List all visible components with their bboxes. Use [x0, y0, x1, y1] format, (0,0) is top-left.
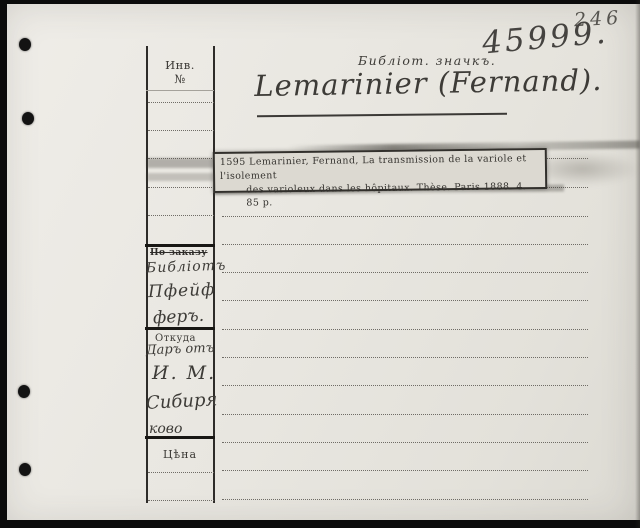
punch-hole: [18, 385, 30, 398]
inventory-number: 45999.: [481, 15, 610, 62]
handwritten-source-line: Библіотъ: [146, 258, 227, 277]
ruled-line: [222, 414, 588, 415]
handwritten-origin-line: И. М.: [152, 362, 216, 384]
ruled-line: [222, 385, 588, 386]
ruled-line: [222, 442, 588, 443]
handwritten-source-line: Пфейф: [148, 280, 216, 302]
author-underline: [257, 113, 507, 117]
inventory-label-line1: Инв.: [146, 58, 214, 72]
author-heading: Lemarinier (Fernand).: [254, 63, 603, 103]
column-header-rule: [146, 90, 214, 91]
ruled-line: [148, 472, 214, 473]
ruled-line: [148, 130, 214, 131]
pasted-catalog-slip: 1595 Lemarinier, Fernand, La transmissio…: [213, 148, 547, 193]
ruled-line: [148, 215, 214, 216]
photo-border-bottom: [0, 520, 640, 528]
ruled-line: [148, 158, 214, 159]
ruled-line: [222, 272, 588, 273]
po-zakazu-label: По заказу: [150, 248, 208, 258]
ruled-line: [148, 187, 214, 188]
ruled-line: [222, 329, 588, 330]
ruled-line: [222, 244, 588, 245]
ruled-line: [222, 499, 588, 500]
ruled-line: [222, 300, 588, 301]
ruled-line: [222, 470, 588, 471]
ruled-line: [222, 357, 588, 358]
catalog-card-scan: 246 Инв. № По заказу Откуда Цѣна Библіот…: [0, 0, 640, 528]
section-rule-1: [145, 244, 215, 247]
punch-hole: [19, 38, 31, 51]
column-right-rule: [213, 46, 215, 503]
photo-border-left: [0, 0, 7, 528]
ruled-line: [148, 102, 214, 103]
slip-line1: 1595 Lemarinier, Fernand, La transmissio…: [220, 152, 541, 183]
slip-line2: des varioleux dans les hôpitaux. Thèse. …: [220, 180, 541, 211]
handwritten-origin-line: Даръ отъ: [146, 341, 215, 358]
ruled-line: [148, 500, 214, 501]
photo-edge-shadow: [635, 0, 640, 528]
punch-hole: [19, 463, 31, 476]
handwritten-origin-line: ково: [149, 421, 182, 437]
price-label: Цѣна: [146, 448, 214, 461]
punch-hole: [22, 112, 34, 125]
photo-border-top: [0, 0, 640, 4]
ruled-line: [222, 216, 588, 217]
handwritten-source-line: феръ.: [153, 306, 205, 329]
handwritten-origin-line: Сибиря: [145, 389, 217, 414]
ink-smudge: [147, 158, 214, 168]
inventory-label-line2: №: [146, 72, 214, 86]
ink-smudge: [147, 173, 214, 181]
